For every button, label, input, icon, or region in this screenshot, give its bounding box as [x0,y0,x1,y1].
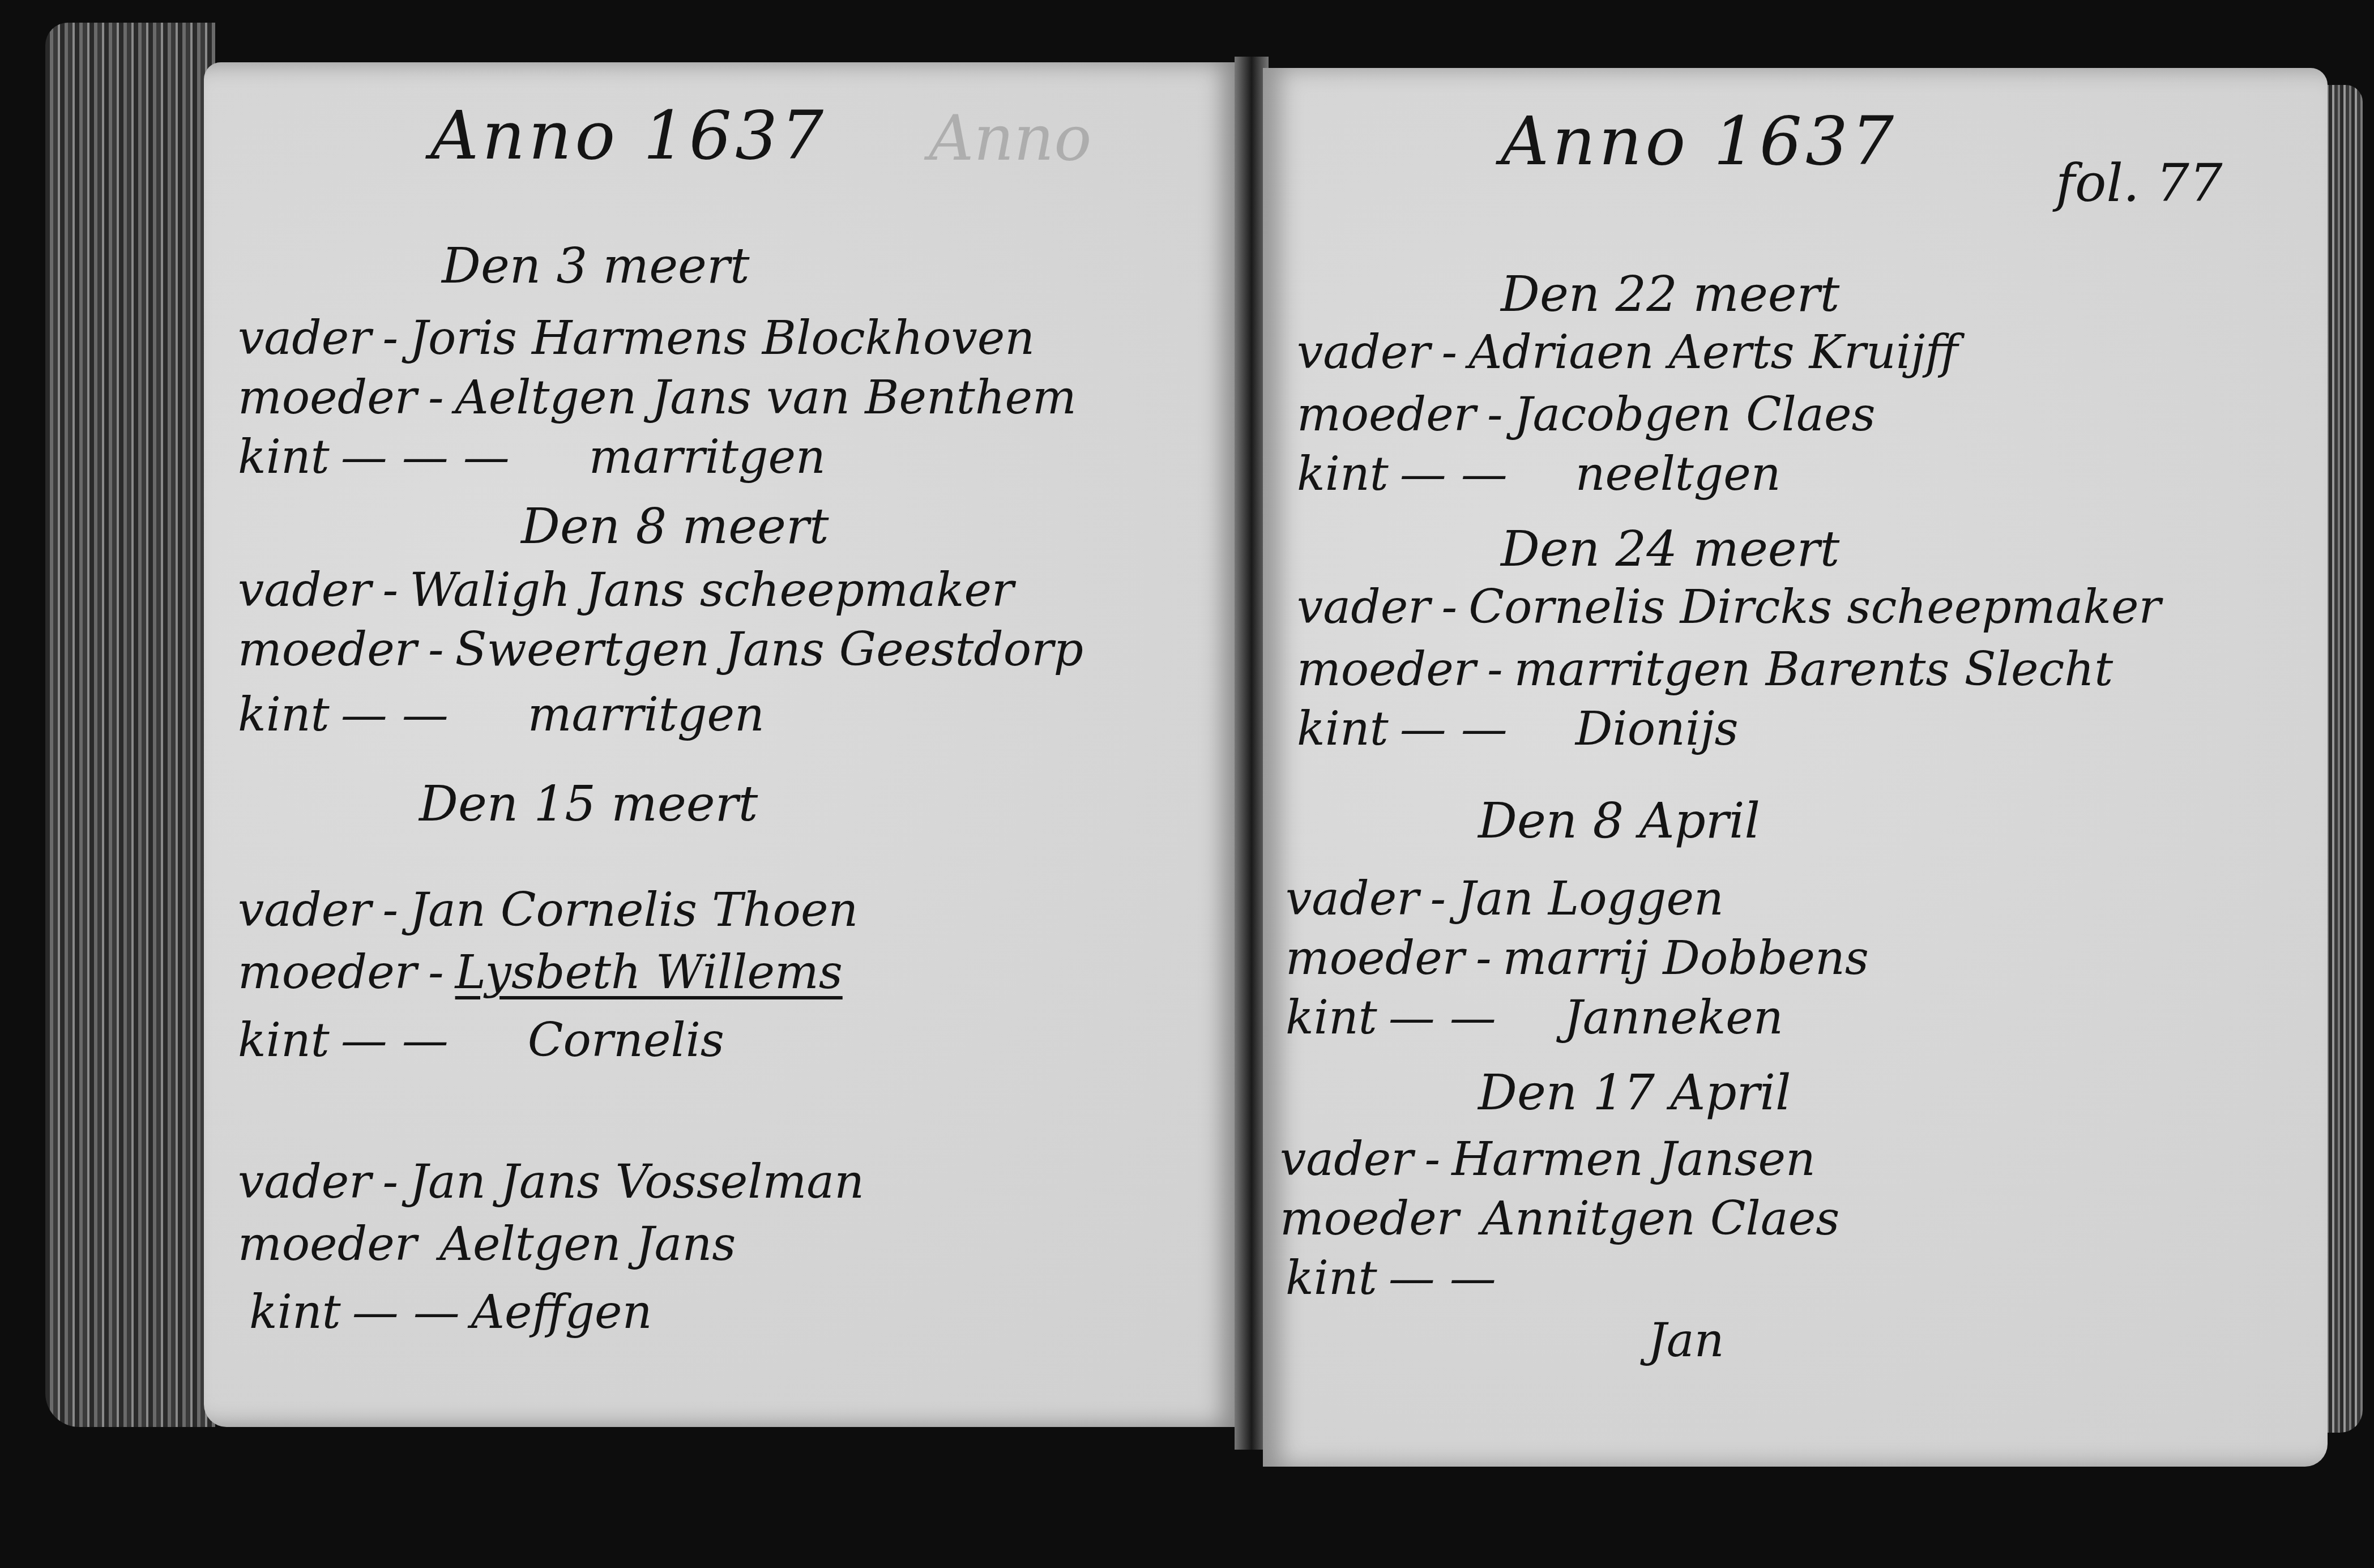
vader-name: Jan Loggen [1457,872,1724,926]
entry-date: Den 22 meert [1501,266,1839,323]
kint-line: kint— — [1286,1251,1508,1305]
kint-name: marritgen [589,430,826,484]
right-page-header: Anno 1637 [1501,102,1897,180]
moeder-label: moeder [1286,932,1464,985]
kint-name: marritgen [528,688,765,742]
kint-line: kint— —neeltgen [1297,447,1781,501]
vader-label: vader [238,563,371,617]
vader-line: vader-Joris Harmens Blockhoven [238,311,1035,365]
kint-name: Aeffgen [471,1285,652,1339]
entry-date: Den 8 April [1478,793,1760,849]
kint-label: kint [1286,991,1377,1045]
moeder-label: moeder [1297,643,1476,697]
vader-line: vader-Waligh Jans scheepmaker [238,563,1014,617]
bleed-through-text: Anno [929,102,1091,174]
kint-line: kint— —Aeffgen [249,1285,652,1339]
moeder-label: moeder [238,623,417,677]
vader-line: vader-Harmen Jansen [1280,1133,1816,1186]
entry-date: Den 3 meert [442,238,750,294]
kint-label: kint [1297,702,1389,756]
vader-line: vader-Jan Cornelis Thoen [238,883,858,937]
vader-label: vader [1297,326,1430,379]
moeder-line: moeder-Sweertgen Jans Geestdorp [238,623,1083,677]
moeder-name: Aeltgen Jans van Benthem [455,371,1077,425]
moeder-label: moeder [1280,1192,1459,1246]
entry-date: Den 17 April [1478,1065,1791,1121]
kint-label: kint [249,1285,341,1339]
entry-date: Den 24 meert [1501,521,1839,578]
moeder-line: moeder-Aeltgen Jans van Benthem [238,371,1077,425]
kint-line: kint— —Dionijs [1297,702,1739,756]
moeder-line: moeder Aeltgen Jans [238,1217,736,1271]
vader-name: Jan Jans Vosselman [409,1155,864,1209]
kint-name: neeltgen [1575,447,1781,501]
moeder-line: moeder-marrij Dobbens [1286,932,1869,985]
moeder-name: Lysbeth Willems [455,946,843,999]
moeder-label: moeder [1297,388,1476,442]
entry-date: Den 8 meert [521,498,829,555]
moeder-line: moeder-Lysbeth Willems [238,946,843,999]
vader-label: vader [1297,580,1430,634]
moeder-name: Annitgen Claes [1481,1192,1839,1246]
moeder-line: moeder Annitgen Claes [1280,1192,1839,1246]
kint-label: kint [238,1014,330,1067]
moeder-name: marrij Dobbens [1503,932,1869,985]
kint-name: Jan [1648,1314,1724,1368]
vader-line: vader-Jan Loggen [1286,872,1724,926]
moeder-name: marritgen Barents Slecht [1514,643,2113,697]
moeder-name: Aeltgen Jans [439,1217,736,1271]
kint-label: kint [1297,447,1389,501]
moeder-line: moeder-marritgen Barents Slecht [1297,643,2113,697]
left-page-edges [45,23,215,1427]
moeder-label: moeder [238,1217,417,1271]
vader-line: vader-Cornelis Dircks scheepmaker [1297,580,2161,634]
folio-number: fol. 77 [2056,153,2222,213]
kint-line: kint— —Cornelis [238,1014,724,1067]
vader-name: Adriaen Aerts Kruijff [1468,326,1958,379]
kint-line: kint— — —marritgen [238,430,826,484]
moeder-line: moeder-Jacobgen Claes [1297,388,1876,442]
left-page: Anno 1637 Anno Den 3 meert vader-Joris H… [204,62,1240,1427]
vader-line: vader-Adriaen Aerts Kruijff [1297,326,1958,379]
kint-line: kint— —Janneken [1286,991,1783,1045]
moeder-name: Sweertgen Jans Geestdorp [455,623,1083,677]
kint-label: kint [1286,1251,1377,1305]
kint-label: kint [238,430,330,484]
right-page: Anno 1637 fol. 77 Den 22 meert vader-Adr… [1263,68,2328,1467]
entry-date: Den 15 meert [419,776,758,832]
vader-name: Waligh Jans scheepmaker [409,563,1014,617]
kint-name: Janneken [1564,991,1783,1045]
vader-label: vader [238,883,371,937]
kint-name: Cornelis [528,1014,724,1067]
vader-name: Jan Cornelis Thoen [409,883,858,937]
vader-label: vader [1280,1133,1413,1186]
vader-label: vader [1286,872,1419,926]
kint-name: Dionijs [1575,702,1739,756]
vader-name: Joris Harmens Blockhoven [409,311,1035,365]
moeder-label: moeder [238,371,417,425]
kint-label: kint [238,688,330,742]
kint-line: kint— —marritgen [238,688,765,742]
left-page-header: Anno 1637 [430,96,827,174]
moeder-name: Jacobgen Claes [1514,388,1876,442]
vader-name: Cornelis Dircks scheepmaker [1468,580,2161,634]
vader-label: vader [238,1155,371,1209]
vader-name: Harmen Jansen [1451,1133,1816,1186]
vader-line: vader-Jan Jans Vosselman [238,1155,864,1209]
vader-label: vader [238,311,371,365]
moeder-label: moeder [238,946,417,999]
